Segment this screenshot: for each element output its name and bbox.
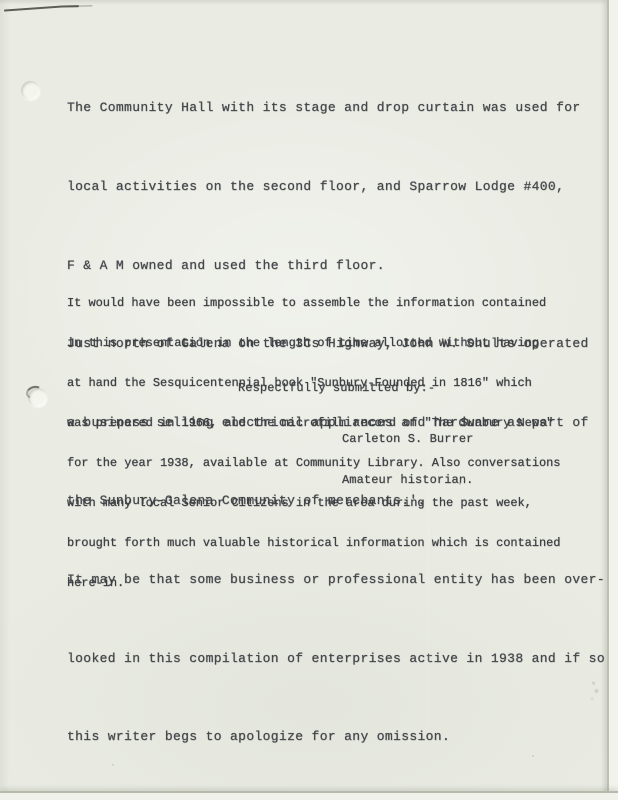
paper-crease — [428, 430, 431, 730]
typed-line: looked in this compilation of enterprise… — [67, 646, 605, 672]
typed-line: this writer begs to apologize for any om… — [67, 724, 605, 750]
typed-line: The Community Hall with its stage and dr… — [67, 95, 605, 121]
typed-line: It would have been impossible to assembl… — [67, 297, 560, 310]
page-right-edge — [607, 0, 618, 800]
acknowledgement-paragraph: It would have been impossible to assembl… — [67, 270, 560, 617]
typed-line: with many local Senior Citizens in the a… — [67, 497, 560, 510]
typed-line: local activities on the second floor, an… — [67, 174, 605, 200]
paper-speck — [532, 755, 534, 757]
paper-speck — [112, 764, 114, 766]
signature-block: Carleton S. Burrer Amateur historian. — [342, 406, 473, 514]
closing-salutation: Respectfully submitted by:- — [238, 381, 435, 395]
scanned-page: The Community Hall with its stage and dr… — [0, 0, 618, 800]
pen-stroke-mark — [0, 0, 120, 20]
page-bottom-edge — [0, 791, 618, 800]
signature-name: Carleton S. Burrer — [342, 433, 473, 447]
typed-line: brought forth much valuable historical i… — [67, 537, 560, 550]
typed-line: for the year 1938, available at Communit… — [67, 457, 560, 470]
typed-line: in this presentation in the length of ti… — [67, 337, 560, 350]
typed-line: was prepared in 1966, and the microfilm … — [67, 417, 560, 430]
smudge-mark — [588, 678, 602, 704]
typed-line: here-in. — [67, 577, 560, 590]
paper-speck — [459, 482, 461, 485]
hole-punch-top — [21, 81, 40, 100]
signature-title: Amateur historian. — [342, 474, 473, 488]
